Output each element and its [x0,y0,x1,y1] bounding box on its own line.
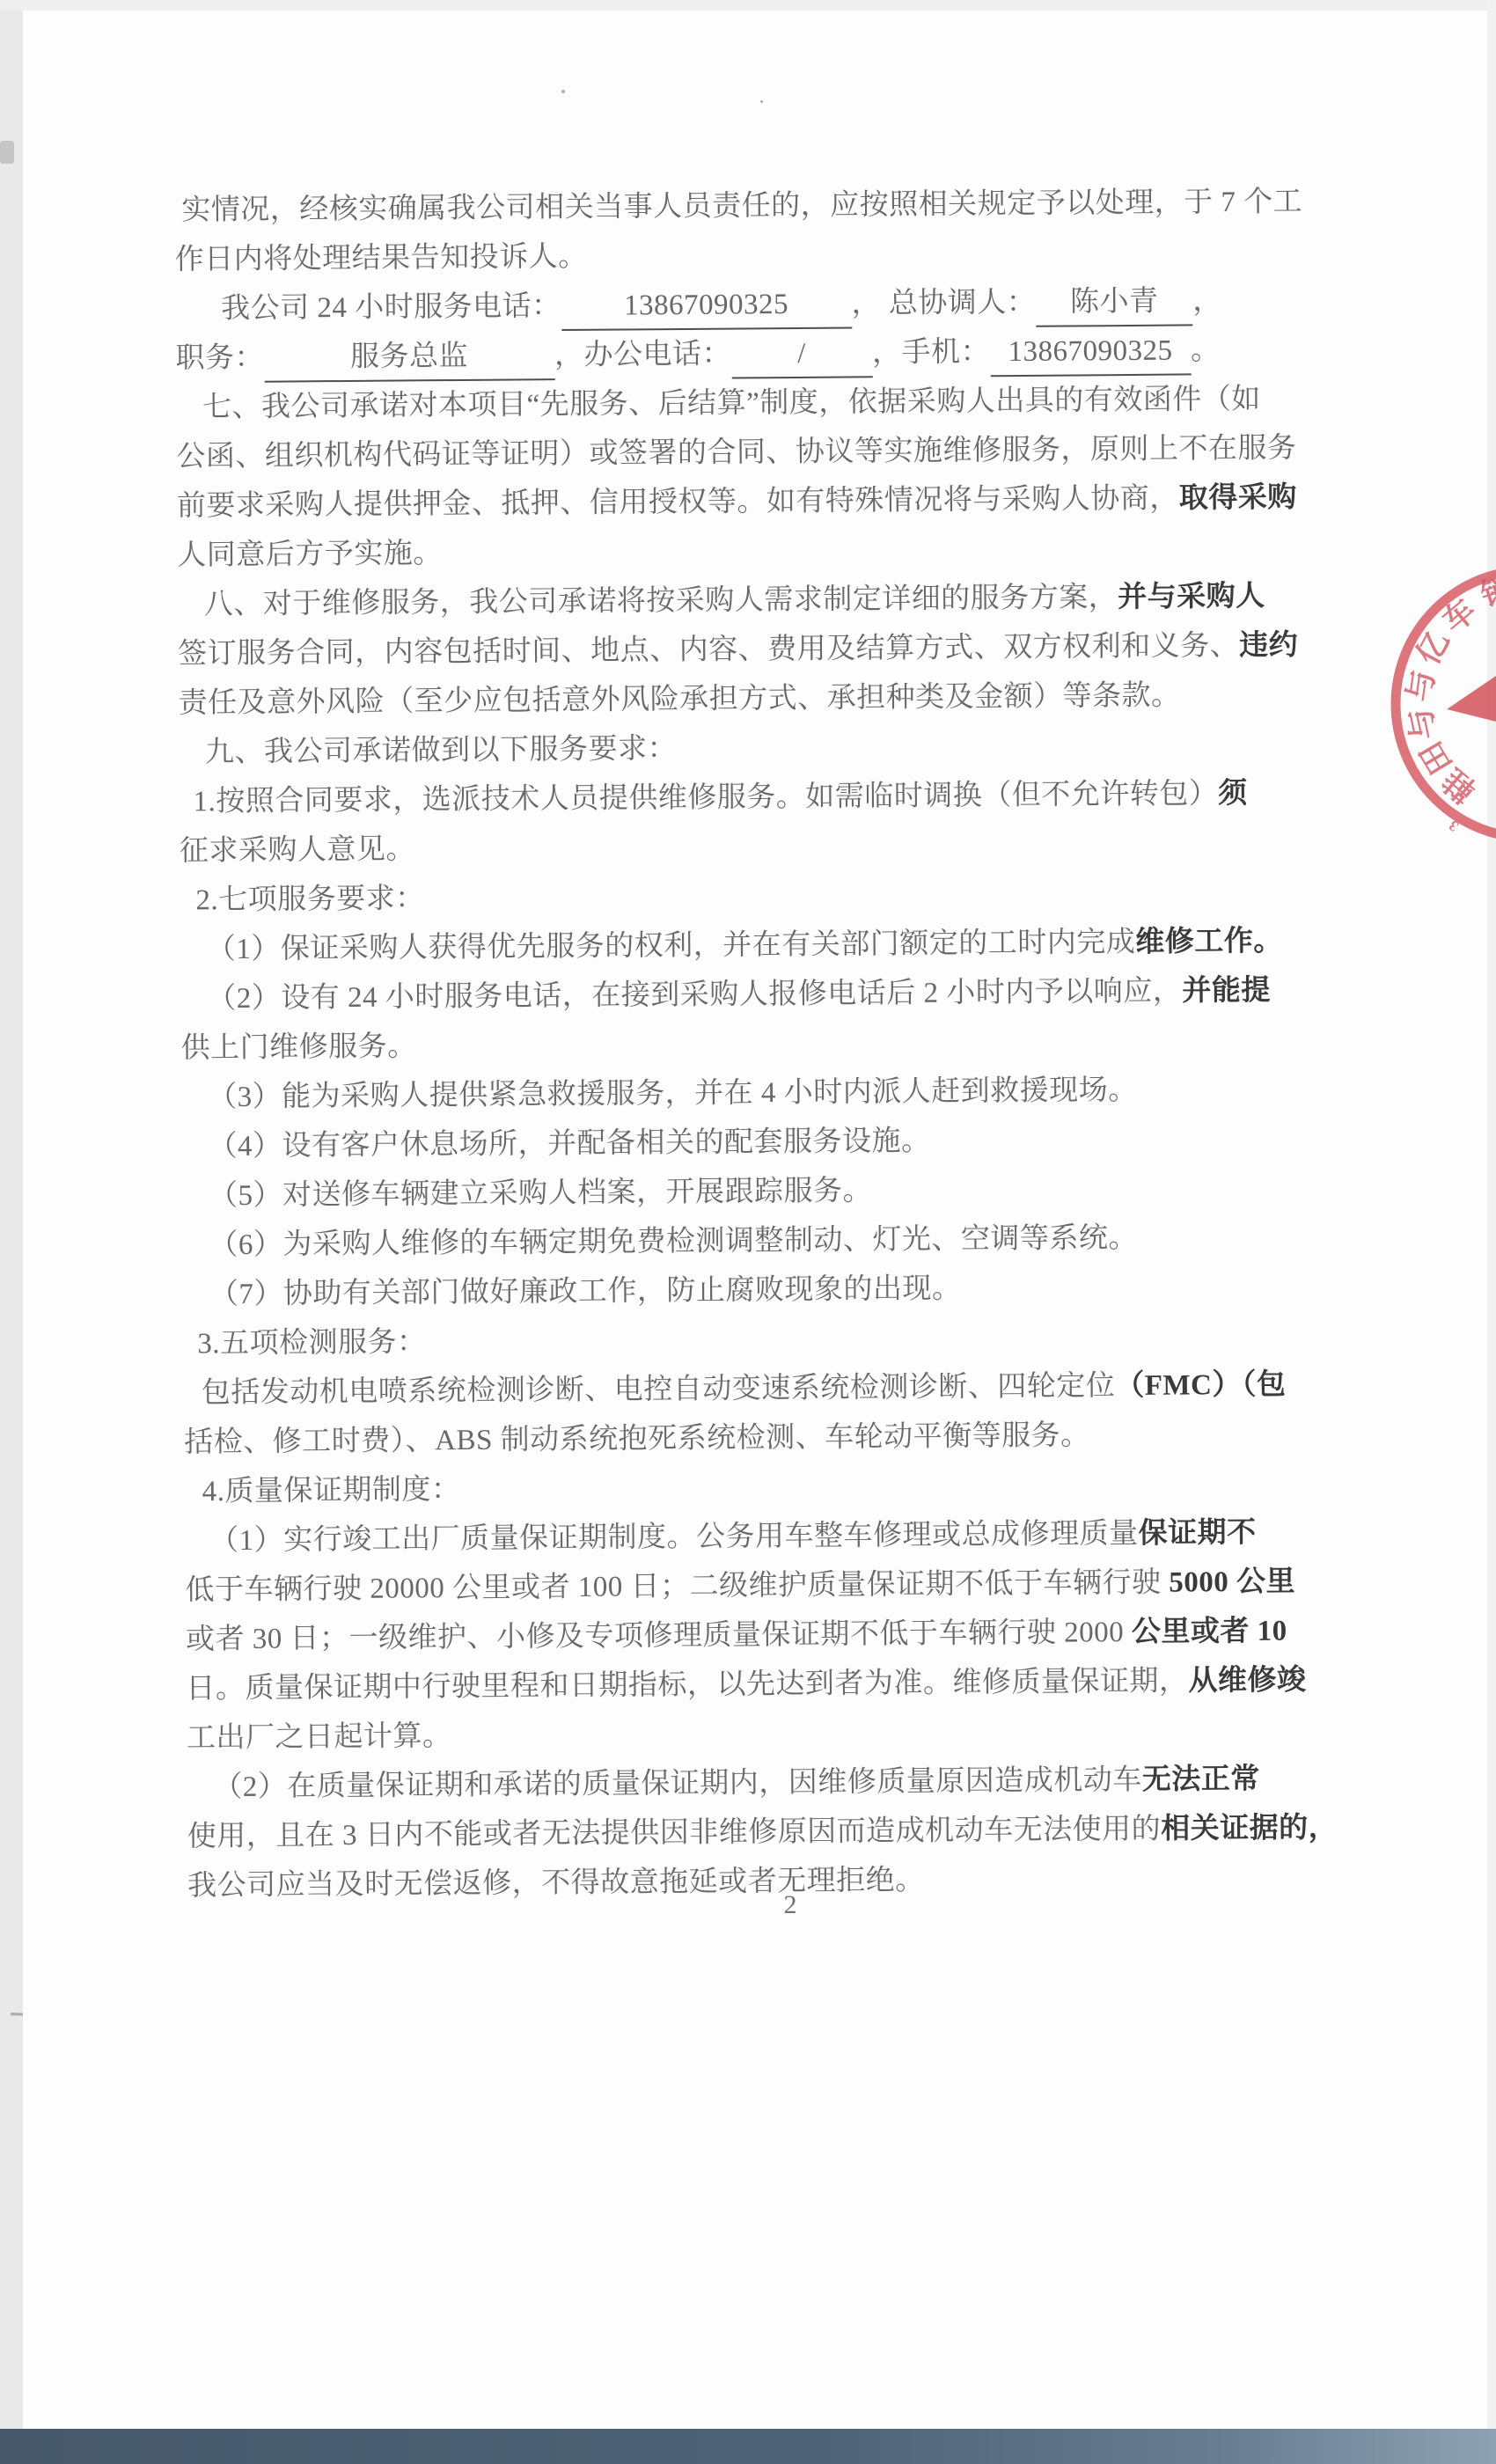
text-run: 须 [1218,778,1248,810]
text-run: 公函、组织机构代码证等证明）或签署的合同、协议等实施维修服务，原则上不在服务 [176,432,1296,473]
document-line: 签订服务合同，内容包括时间、地点、内容、费用及结算方式、双方权利和义务、违约 [178,620,1427,678]
text-run: （FMC）（包 [1115,1369,1286,1403]
text-run: 征求采购人意见。 [180,833,415,867]
seal-character: 与 [1402,705,1443,744]
text-run: 前要求采购人提供押金、抵押、信用授权等。如有特殊情况将与采购人协商， [177,483,1179,523]
text-run: 包括发动机电喷系统检测诊断、电控自动变速系统检测诊断、四轮定位 [202,1370,1116,1409]
text-run: 取得采购 [1179,481,1297,514]
text-run: ， [851,288,889,319]
seal-star-tip [1447,676,1496,722]
text-run: 八、对于维修服务，我公司承诺将按采购人需求制定详细的服务方案， [204,582,1118,620]
scanner-edge-right [1487,0,1496,2464]
text-run: 使用，且在 3 日内不能或者无法提供因非维修原因而造成机动车无法使用的 [187,1814,1162,1853]
text-run: 供上门维修服务。 [181,1030,417,1064]
text-run: 括检、修工时费）、ABS 制动系统抱死系统检测、车轮动平衡等服务。 [184,1419,1090,1458]
text-run: 总协调人： [889,287,1037,319]
text-run: （2）设有 24 小时服务电话，在接到采购人报修电话后 2 小时内予以响应， [207,976,1182,1016]
text-run: 九、我公司承诺做到以下服务要求： [205,733,677,768]
text-run: ， [1192,285,1222,317]
text-run: （1）实行竣工出厂质量保证期制度。公务用车整车修理或总成修理质量 [209,1518,1139,1557]
document-line: 前要求采购人提供押金、抵押、信用授权等。如有特殊情况将与采购人协商，取得采购 [177,472,1426,531]
scanned-page: 实情况，经核实确属我公司相关当事人员责任的，应按照相关规定予以处理，于 7 个工… [0,0,1496,2464]
text-run: 维修工作。 [1135,926,1283,958]
text-run: 七、我公司承诺对本项目“先服务、后结算”制度，依据采购人出具的有效函件（如 [202,384,1261,423]
scanner-edge-top [0,0,1496,11]
scan-smudge [0,141,14,164]
text-run: （3）能为采购人提供紧急救援服务，并在 4 小时内派人赶到救援现场。 [208,1074,1138,1113]
text-run: 保证期不 [1138,1517,1256,1550]
text-run: 。 [1191,334,1221,366]
text-run: （7）协助有关部门做好廉政工作，防止腐败现象的出现。 [209,1273,962,1311]
seal-character: 3 [1446,817,1462,834]
document-line: 包括发动机电喷系统检测诊断、电控自动变速系统检测诊断、四轮定位（FMC）（包 [184,1359,1434,1418]
text-run: 5000 公里 [1169,1566,1295,1599]
text-run: ，办公电话： [554,339,731,372]
text-run: 签订服务合同，内容包括时间、地点、内容、费用及结算方式、双方权利和义务、 [178,630,1239,670]
document-line: 实情况，经核实确属我公司相关当事人员责任的，应按照相关规定予以处理，于 7 个工 [174,176,1424,235]
text-run: 工出厂之日起计算。 [187,1720,452,1754]
text-run: 无法正常 [1142,1764,1260,1796]
text-run: 公里或者 10 [1132,1616,1287,1648]
document-body: 实情况，经核实确属我公司相关当事人员责任的，应按照相关规定予以处理，于 7 个工… [174,176,1437,1910]
text-run: 或者 30 日；一级维护、小修及专项修理质量保证期不低于车辆行驶 2000 [186,1617,1132,1655]
document-line: 1.按照合同要求，选派技术人员提供维修服务。如需临时调换（但不允许转包）须 [179,767,1428,826]
company-seal-stamp: 车销亿与与田鞋3 [1346,537,1496,906]
text-run: 职务： [175,342,264,375]
text-run: 并能提 [1182,975,1271,1008]
document-line: 日。质量保证期中行驶里程和日期指标，以先达到者为准。维修质量保证期，从维修竣 [186,1654,1435,1713]
filled-blank: 陈小青 [1036,278,1192,326]
document-line: （2）设有 24 小时服务电话，在接到采购人报修电话后 2 小时内予以响应，并能… [180,964,1430,1023]
filled-blank: 服务总监 [264,333,554,383]
text-run: （6）为采购人维修的车辆定期免费检测调整制动、灯光、空调等系统。 [209,1222,1138,1261]
filled-blank: / [731,330,872,378]
text-run: 日。质量保证期中行驶里程和日期指标，以先达到者为准。维修质量保证期， [186,1666,1188,1705]
text-run: 作日内将处理结果告知投诉人。 [175,241,588,276]
dust-speck [760,100,763,103]
filled-blank: 13867090325 [990,327,1191,377]
text-run: （1）保证采购人获得优先服务的权利，并在有关部门额定的工时内完成 [207,927,1136,965]
text-run: 2.七项服务要求： [195,883,425,916]
text-run: （5）对送修车辆建立采购人档案，开展跟踪服务。 [209,1175,872,1212]
text-run: 3.五项检测服务： [197,1326,427,1360]
text-run: 相关证据的， [1161,1812,1338,1845]
dust-speck [561,90,565,93]
text-run: 1.按照合同要求，选派技术人员提供维修服务。如需临时调换（但不允许转包） [193,778,1218,818]
text-run: 低于车辆行驶 20000 公里或者 100 日；二级维护质量保证期不低于车辆行驶 [185,1567,1169,1607]
text-run: 违约 [1239,629,1298,662]
text-run: ，手机： [872,336,990,369]
seal-character: 与 [1402,668,1441,704]
document-line: 使用，且在 3 日内不能或者无法提供因非维修原因而造成机动车无法使用的相关证据的… [187,1802,1437,1861]
text-run: 4.质量保证期制度： [202,1474,461,1507]
text-run: 我公司 24 小时服务电话： [221,290,561,325]
scan-bottom-strip [0,2429,1496,2464]
paper-sheet: 实情况，经核实确属我公司相关当事人员责任的，应按照相关规定予以处理，于 7 个工… [23,11,1487,2464]
text-run: （4）设有客户休息场所，并配备相关的配套服务设施。 [208,1126,930,1162]
page-number: 2 [746,1890,834,1920]
scanner-edge-left [0,0,23,2464]
text-run: 人同意后方予实施。 [177,538,443,571]
filled-blank: 13867090325 [561,281,851,331]
text-run: 从维修竣 [1188,1664,1306,1697]
text-run: （2）在质量保证期和承诺的质量保证期内，因维修质量原因造成机动车 [213,1764,1142,1803]
text-run: 责任及意外风险（至少应包括意外风险承担方式、承担种类及金额）等条款。 [178,680,1180,720]
text-run: 并与采购人 [1118,581,1265,613]
text-run: 实情况，经核实确属我公司相关当事人员责任的，应按照相关规定予以处理，于 7 个工 [181,186,1302,226]
